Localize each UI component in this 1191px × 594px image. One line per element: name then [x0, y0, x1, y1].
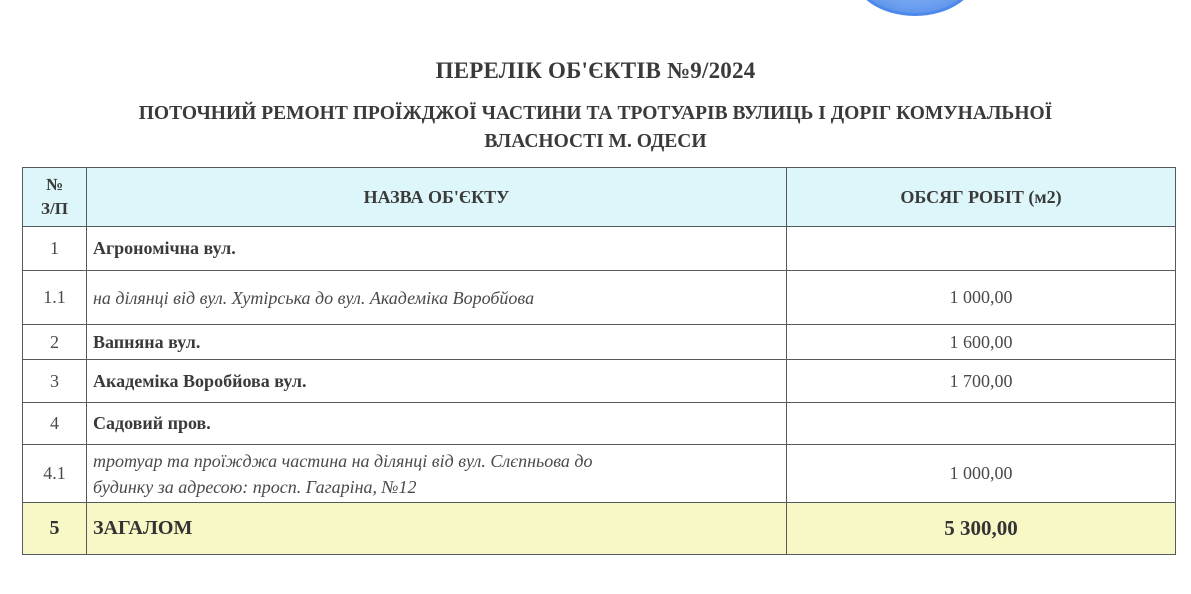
table-row: 1 Агрономічна вул. [23, 227, 1176, 271]
work-volume [787, 403, 1176, 445]
header-number-symbol: № [29, 173, 80, 197]
header-work-volume: ОБСЯГ РОБІТ (м2) [787, 168, 1176, 227]
total-label: ЗАГАЛОМ [87, 503, 787, 555]
row-number: 4 [23, 403, 87, 445]
object-section: на ділянці від вул. Хутірська до вул. Ак… [87, 271, 787, 325]
object-section-line-2: будинку за адресою: просп. Гагаріна, №12 [93, 474, 780, 500]
table-row: 2 Вапняна вул. 1 600,00 [23, 325, 1176, 360]
document-title: ПЕРЕЛІК ОБ'ЄКТІВ №9/2024 [0, 58, 1191, 84]
table-row: 4 Садовий пров. [23, 403, 1176, 445]
total-volume: 5 300,00 [787, 503, 1176, 555]
table-row: 4.1 тротуар та проїжджа частина на ділян… [23, 445, 1176, 503]
work-volume: 1 000,00 [787, 445, 1176, 503]
row-number: 2 [23, 325, 87, 360]
total-row: 5 ЗАГАЛОМ 5 300,00 [23, 503, 1176, 555]
objects-table: № З/П НАЗВА ОБ'ЄКТУ ОБСЯГ РОБІТ (м2) 1 А… [22, 167, 1176, 555]
row-number: 3 [23, 360, 87, 403]
row-number: 1.1 [23, 271, 87, 325]
work-volume: 1 600,00 [787, 325, 1176, 360]
header-object-name: НАЗВА ОБ'ЄКТУ [87, 168, 787, 227]
object-name: Вапняна вул. [87, 325, 787, 360]
table-row: 1.1 на ділянці від вул. Хутірська до вул… [23, 271, 1176, 325]
official-stamp [852, 0, 978, 16]
table-row: 3 Академіка Воробйова вул. 1 700,00 [23, 360, 1176, 403]
document-subtitle: ПОТОЧНИЙ РЕМОНТ ПРОЇЖДЖОЇ ЧАСТИНИ ТА ТРО… [30, 100, 1161, 156]
object-name: Академіка Воробйова вул. [87, 360, 787, 403]
work-volume: 1 700,00 [787, 360, 1176, 403]
work-volume [787, 227, 1176, 271]
object-name: Садовий пров. [87, 403, 787, 445]
total-number: 5 [23, 503, 87, 555]
subtitle-line-1: ПОТОЧНИЙ РЕМОНТ ПРОЇЖДЖОЇ ЧАСТИНИ ТА ТРО… [30, 100, 1161, 128]
row-number: 1 [23, 227, 87, 271]
row-number: 4.1 [23, 445, 87, 503]
object-name: Агрономічна вул. [87, 227, 787, 271]
object-section: тротуар та проїжджа частина на ділянці в… [87, 445, 787, 503]
work-volume: 1 000,00 [787, 271, 1176, 325]
object-section-line-1: тротуар та проїжджа частина на ділянці в… [93, 448, 780, 474]
header-number-label: З/П [29, 197, 80, 221]
subtitle-line-2: ВЛАСНОСТІ М. ОДЕСИ [30, 128, 1161, 156]
header-number: № З/П [23, 168, 87, 227]
table-header-row: № З/П НАЗВА ОБ'ЄКТУ ОБСЯГ РОБІТ (м2) [23, 168, 1176, 227]
